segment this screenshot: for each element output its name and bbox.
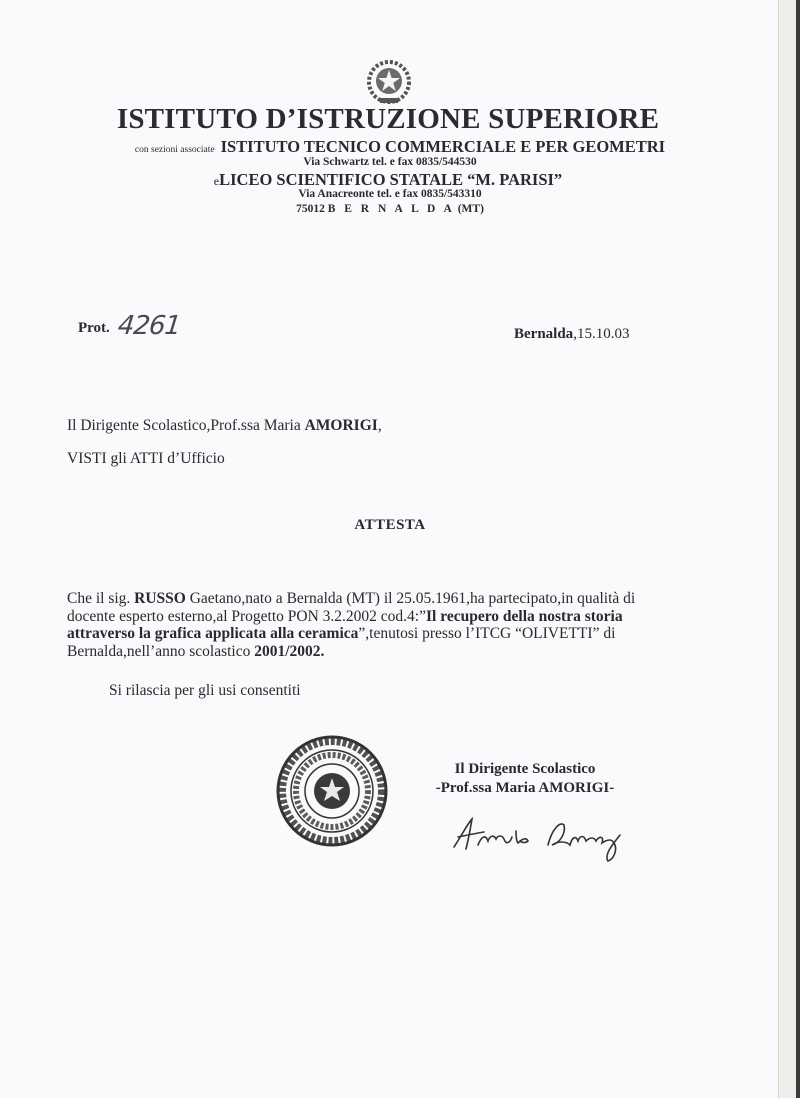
intro-punct: , (378, 417, 382, 434)
place-date: Bernalda,15.10.03 (514, 326, 629, 343)
para-line-2: docente esperto esterno,al Progetto PON … (67, 608, 667, 626)
associated-prefix: con sezioni associate (135, 145, 215, 155)
place: Bernalda (514, 326, 573, 342)
school-1-address: Via Schwartz tel. e fax 0835/544530 (0, 156, 790, 168)
director-surname: AMORIGI (305, 417, 378, 434)
para-line-1: Che il sig. RUSSO Gaetano,nato a Bernald… (67, 590, 667, 608)
date: ,15.10.03 (573, 326, 629, 342)
para-line-3: attraverso la grafica applicata alla cer… (67, 625, 667, 643)
attestation-paragraph: Che il sig. RUSSO Gaetano,nato a Bernald… (67, 590, 667, 660)
school-2-line: eLICEO SCIENTIFICO STATALE “M. PARISI” (0, 170, 788, 190)
handwritten-signature-icon (448, 805, 638, 865)
city-line: 75012 B E R N A L D A (MT) (0, 203, 790, 215)
school-1-line: con sezioni associateISTITUTO TECNICO CO… (0, 137, 800, 157)
signer-title: Il Dirigente Scolastico (420, 760, 630, 779)
intro-line: Il Dirigente Scolastico,Prof.ssa Maria A… (67, 417, 382, 435)
school-round-stamp-icon (275, 734, 389, 848)
signature-block: Il Dirigente Scolastico -Prof.ssa Maria … (420, 760, 630, 798)
attesta-heading: ATTESTA (0, 517, 780, 534)
school-2-name: LICEO SCIENTIFICO STATALE “M. PARISI” (219, 170, 562, 189)
postcode: 75012 (296, 203, 325, 215)
visti-line: VISTI gli ATTI d’Ufficio (67, 450, 225, 468)
para-line-4: Bernalda,nell’anno scolastico 2001/2002. (67, 643, 667, 661)
city: B E R N A L D A (328, 203, 455, 215)
school-2-address: Via Anacreonte tel. e fax 0835/543310 (0, 188, 790, 200)
intro-text: Il Dirigente Scolastico,Prof.ssa Maria (67, 417, 305, 434)
italian-republic-emblem-icon (366, 60, 412, 106)
scan-border (796, 0, 800, 1098)
province: (MT) (458, 203, 484, 215)
protocol-label: Prot. (78, 320, 110, 337)
school-1-name: ISTITUTO TECNICO COMMERCIALE E PER GEOME… (221, 137, 666, 156)
institute-title: ISTITUTO D’ISTRUZIONE SUPERIORE (0, 103, 788, 136)
closing-line: Si rilascia per gli usi consentiti (109, 682, 301, 700)
protocol-number: 4261 (116, 311, 181, 341)
signer-name: -Prof.ssa Maria AMORIGI- (420, 779, 630, 798)
